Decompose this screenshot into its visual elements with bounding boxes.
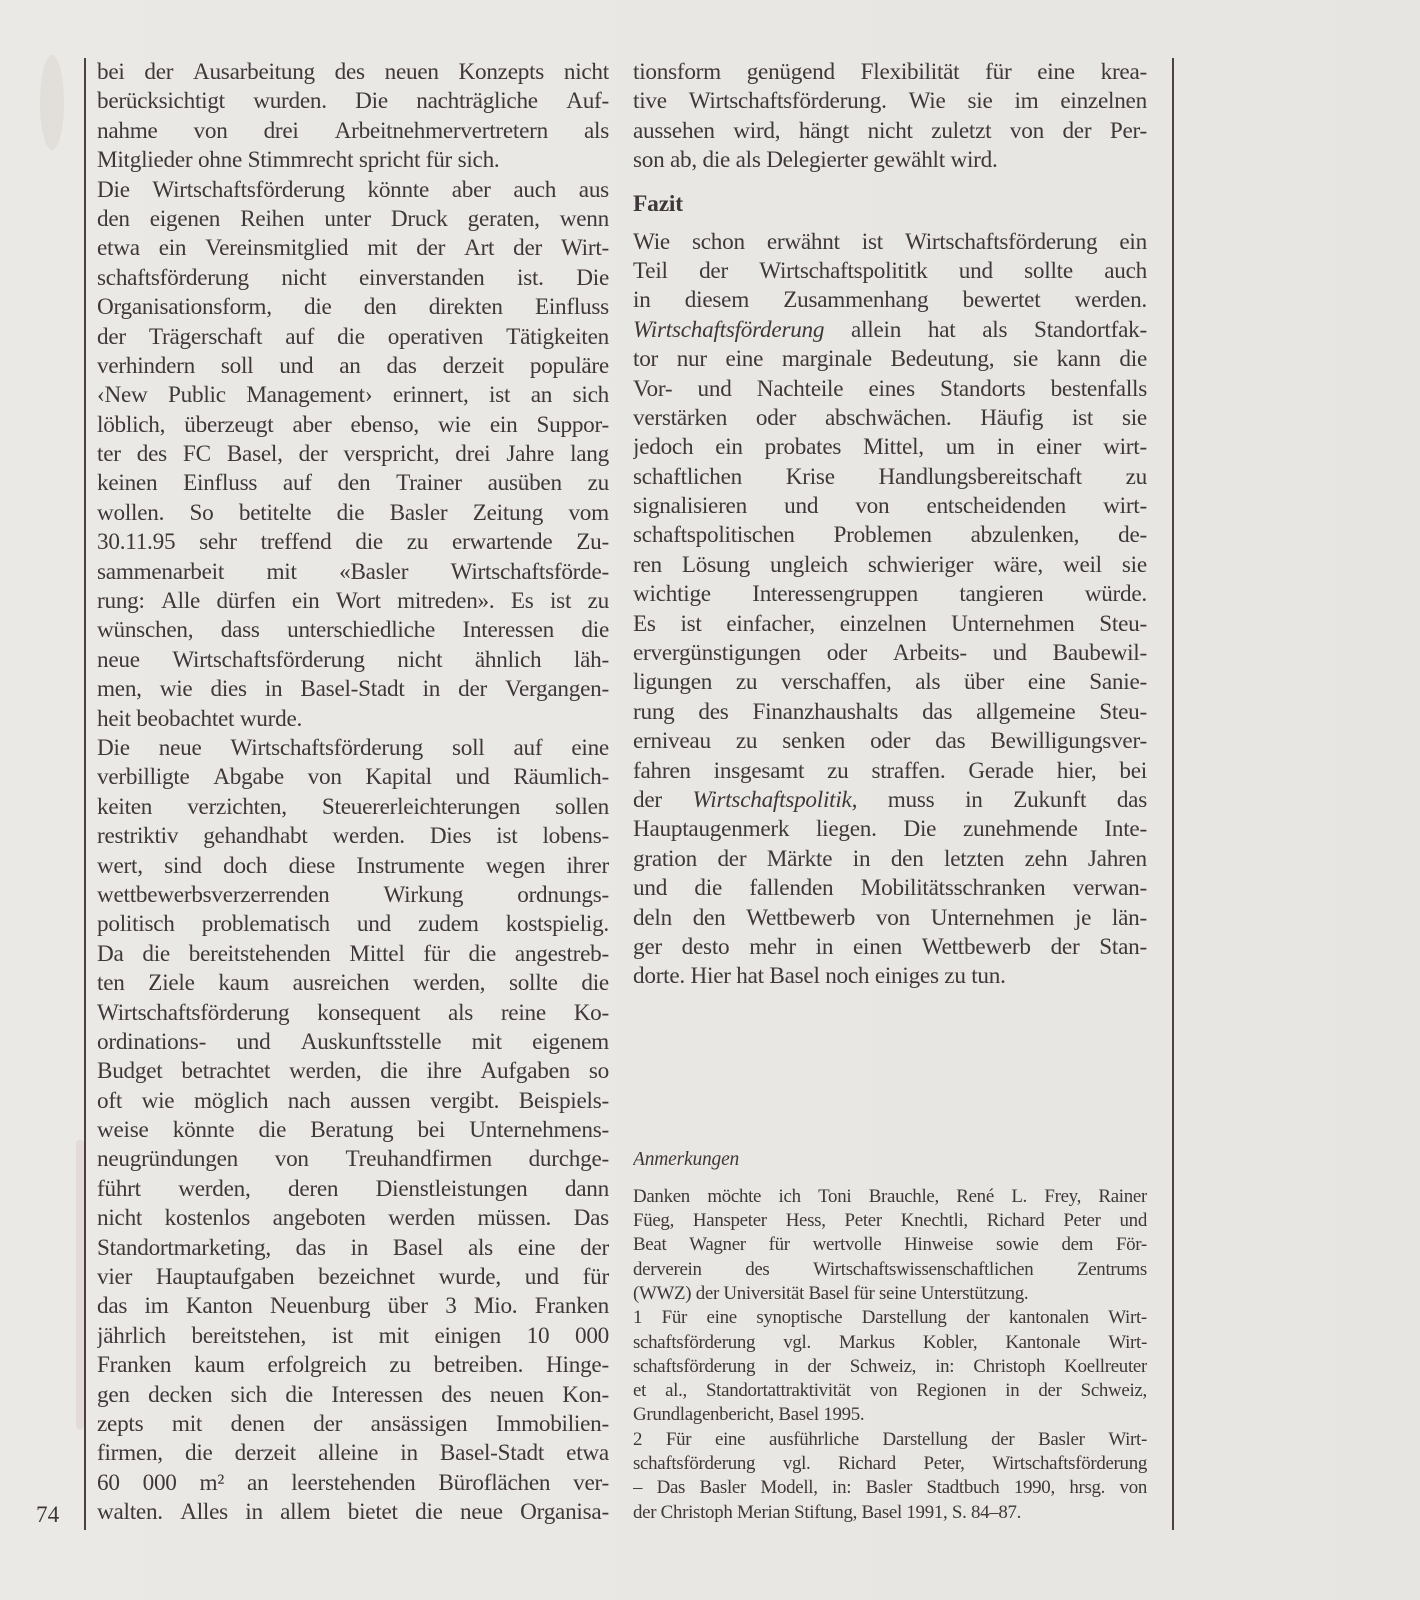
intro-lines: tionsform genügend Flexibilität für eine…: [633, 58, 1147, 176]
text-line: 30.11.95 sehr treffend die zu erwartende…: [97, 528, 609, 557]
text-line: Wirtschaftsförderung konsequent als rein…: [97, 999, 609, 1028]
text-line: wichtige Interessengruppen tangieren wür…: [633, 580, 1147, 609]
scan-smudge: [76, 1140, 84, 1430]
text-line: führt werden, deren Dienstleistungen dan…: [97, 1175, 609, 1204]
text-line: Vor- und Nachteile eines Standorts beste…: [633, 375, 1147, 404]
text-line: oft wie möglich nach aussen vergibt. Bei…: [97, 1087, 609, 1116]
text-line: Die Wirtschaftsförderung könnte aber auc…: [97, 176, 609, 205]
text-line: Wirtschaftsförderung allein hat als Stan…: [633, 316, 1147, 345]
text-line: men, wie dies in Basel-Stadt in der Verg…: [97, 675, 609, 704]
text-line: verbilligte Abgabe von Kapital und Räuml…: [97, 763, 609, 792]
text-line: – Das Basler Modell, in: Basler Stadtbuc…: [633, 1476, 1147, 1500]
text-line: der Trägerschaft auf die operativen Täti…: [97, 323, 609, 352]
text-line: wettbewerbsverzerrenden Wirkung ordnungs…: [97, 881, 609, 910]
text-line: dorte. Hier hat Basel noch einiges zu tu…: [633, 962, 1147, 991]
text-line: erniveau zu senken oder das Bewilligungs…: [633, 727, 1147, 756]
text-line: keinen Einfluss auf den Trainer ausüben …: [97, 469, 609, 498]
text-line: nicht kostenlos angeboten werden müssen.…: [97, 1204, 609, 1233]
text-line: derverein des Wirtschaftswissenschaftlic…: [633, 1258, 1147, 1282]
text-line: etwa ein Vereinsmitglied mit der Art der…: [97, 234, 609, 263]
text-line: deln den Wettbewerb von Unternehmen je l…: [633, 904, 1147, 933]
text-line: keiten verzichten, Steuererleichterungen…: [97, 793, 609, 822]
text-line: Da die bereitstehenden Mittel für die an…: [97, 940, 609, 969]
footnotes: Danken möchte ich Toni Brauchle, René L.…: [633, 1185, 1147, 1525]
text-line: ligungen zu verschaffen, als über eine S…: [633, 668, 1147, 697]
text-line: aussehen wird, hängt nicht zuletzt von d…: [633, 117, 1147, 146]
text-line: rung: Alle dürfen ein Wort mitreden». Es…: [97, 587, 609, 616]
text-line: son ab, die als Delegierter gewählt wird…: [633, 146, 1147, 175]
right-margin-rule: [1172, 58, 1174, 1530]
text-line: Teil der Wirtschaftspolititk und sollte …: [633, 257, 1147, 286]
text-line: und die fallenden Mobilitätsschranken ve…: [633, 874, 1147, 903]
scan-smudge: [40, 55, 64, 150]
text-line: nahme von drei Arbeitnehmervertretern al…: [97, 117, 609, 146]
text-line: tive Wirtschaftsförderung. Wie sie im ei…: [633, 87, 1147, 116]
text-line: der Christoph Merian Stiftung, Basel 199…: [633, 1501, 1147, 1525]
text-line: verhindern soll und an das derzeit popul…: [97, 352, 609, 381]
text-line: firmen, die derzeit alleine in Basel-Sta…: [97, 1439, 609, 1468]
text-line: restriktiv gehandhabt werden. Dies ist l…: [97, 822, 609, 851]
text-line: der Wirtschaftspolitik, muss in Zukunft …: [633, 786, 1147, 815]
text-line: heit beobachtet wurde.: [97, 705, 609, 734]
text-line: schaftsförderung in der Schweiz, in: Chr…: [633, 1355, 1147, 1379]
text-line: rung des Finanzhaushalts das allgemeine …: [633, 698, 1147, 727]
text-line: Beat Wagner für wertvolle Hinweise sowie…: [633, 1233, 1147, 1257]
text-line: berücksichtigt wurden. Die nachträgliche…: [97, 87, 609, 116]
text-line: jährlich bereitstehen, ist mit einigen 1…: [97, 1322, 609, 1351]
text-line: gen decken sich die Interessen des neuen…: [97, 1381, 609, 1410]
text-line: ren Lösung ungleich schwieriger wäre, we…: [633, 551, 1147, 580]
text-line: neue Wirtschaftsförderung nicht ähnlich …: [97, 646, 609, 675]
text-line: jedoch ein probates Mittel, um in einer …: [633, 433, 1147, 462]
text-line: vier Hauptaufgaben bezeichnet wurde, und…: [97, 1263, 609, 1292]
text-line: tor nur eine marginale Bedeutung, sie ka…: [633, 345, 1147, 374]
text-line: weise könnte die Beratung bei Unternehme…: [97, 1116, 609, 1145]
notes-heading: Anmerkungen: [633, 1147, 1147, 1173]
text-line: 60 000 m² an leerstehenden Büroflächen v…: [97, 1469, 609, 1498]
body-lines: Wie schon erwähnt ist Wirtschaftsförderu…: [633, 228, 1147, 992]
text-line: Grundlagenbericht, Basel 1995.: [633, 1403, 1147, 1427]
text-line: ger desto mehr in einen Wettbewerb der S…: [633, 933, 1147, 962]
page-number: 74: [36, 1501, 59, 1530]
text-line: den eigenen Reihen unter Druck geraten, …: [97, 205, 609, 234]
text-line: politisch problematisch und zudem kostsp…: [97, 910, 609, 939]
text-line: Organisationsform, die den direkten Einf…: [97, 293, 609, 322]
text-line: Franken kaum erfolgreich zu betreiben. H…: [97, 1351, 609, 1380]
text-line: Hauptaugenmerk liegen. Die zunehmende In…: [633, 815, 1147, 844]
text-line: signalisieren und von entscheidenden wir…: [633, 492, 1147, 521]
text-line: walten. Alles in allem bietet die neue O…: [97, 1498, 609, 1527]
text-line: et al., Standortattraktivität von Region…: [633, 1379, 1147, 1403]
text-line: ervergünstigungen oder Arbeits- und Baub…: [633, 639, 1147, 668]
text-line: Mitglieder ohne Stimmrecht spricht für s…: [97, 146, 609, 175]
text-line: ten Ziele kaum ausreichen werden, sollte…: [97, 969, 609, 998]
text-line: 1 Für eine synoptische Darstellung der k…: [633, 1306, 1147, 1330]
right-text-column: tionsform genügend Flexibilität für eine…: [633, 58, 1147, 1558]
text-line: in diesem Zusammenhang bewertet werden.: [633, 286, 1147, 315]
text-line: wert, sind doch diese Instrumente wegen …: [97, 852, 609, 881]
text-line: sammenarbeit mit «Basler Wirtschaftsförd…: [97, 558, 609, 587]
left-margin-rule: [84, 58, 86, 1530]
text-line: wollen. So betitelte die Basler Zeitung …: [97, 499, 609, 528]
text-line: schaftsförderung nicht einverstanden ist…: [97, 264, 609, 293]
text-line: das im Kanton Neuenburg über 3 Mio. Fran…: [97, 1292, 609, 1321]
text-line: Die neue Wirtschaftsförderung soll auf e…: [97, 734, 609, 763]
text-line: Es ist einfacher, einzelnen Unternehmen …: [633, 610, 1147, 639]
text-line: schaftsförderung vgl. Richard Peter, Wir…: [633, 1452, 1147, 1476]
text-line: Füeg, Hanspeter Hess, Peter Knechtli, Ri…: [633, 1209, 1147, 1233]
text-line: schaftlichen Krise Handlungsbereitschaft…: [633, 463, 1147, 492]
text-line: schaftsförderung vgl. Markus Kobler, Kan…: [633, 1331, 1147, 1355]
text-line: bei der Ausarbeitung des neuen Konzepts …: [97, 58, 609, 87]
scanned-book-page: { "page": { "number": "74", "background_…: [0, 0, 1420, 1600]
text-line: Wie schon erwähnt ist Wirtschaftsförderu…: [633, 228, 1147, 257]
text-line: ter des FC Basel, der verspricht, drei J…: [97, 440, 609, 469]
left-text-column: bei der Ausarbeitung des neuen Konzepts …: [97, 58, 609, 1558]
text-line: zepts mit denen der ansässigen Immobilie…: [97, 1410, 609, 1439]
text-line: 2 Für eine ausführliche Darstellung der …: [633, 1428, 1147, 1452]
text-line: (WWZ) der Universität Basel für seine Un…: [633, 1282, 1147, 1306]
text-line: ordinations- und Auskunftsstelle mit eig…: [97, 1028, 609, 1057]
text-line: löblich, überzeugt aber ebenso, wie ein …: [97, 411, 609, 440]
text-line: verstärken oder abschwächen. Häufig ist …: [633, 404, 1147, 433]
text-line: Budget betrachtet werden, die ihre Aufga…: [97, 1057, 609, 1086]
text-line: fahren insgesamt zu straffen. Gerade hie…: [633, 757, 1147, 786]
text-line: tionsform genügend Flexibilität für eine…: [633, 58, 1147, 87]
section-heading-fazit: Fazit: [633, 189, 1147, 219]
text-line: Standortmarketing, das in Basel als eine…: [97, 1234, 609, 1263]
text-line: wünschen, dass unterschiedliche Interess…: [97, 616, 609, 645]
text-line: schaftspolitischen Problemen abzulenken,…: [633, 521, 1147, 550]
text-line: gration der Märkte in den letzten zehn J…: [633, 845, 1147, 874]
text-line: neugründungen von Treuhandfirmen durchge…: [97, 1145, 609, 1174]
text-line: ‹New Public Management› erinnert, ist an…: [97, 381, 609, 410]
text-line: Danken möchte ich Toni Brauchle, René L.…: [633, 1185, 1147, 1209]
